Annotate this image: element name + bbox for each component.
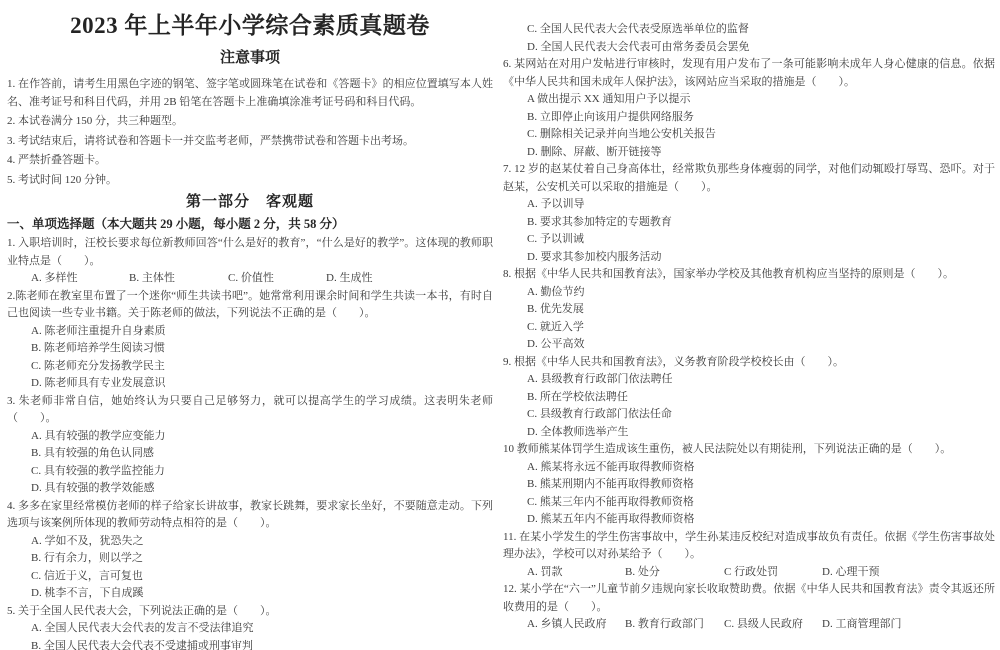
left-column: 2023 年上半年小学综合素质真题卷 注意事项 1. 在作答前，请考生用黑色字迹…: [7, 0, 493, 650]
q10-option-b: B. 熊某刑期内不能再取得教师资格: [527, 476, 995, 494]
q9-option-d: D. 全体教师选举产生: [527, 424, 995, 442]
q11-options: A. 罚款 B. 处分 C 行政处罚 D. 心理干预: [527, 564, 995, 582]
q2-stem: 2.陈老师在教室里布置了一个迷你“师生共读书吧”。她常常利用课余时间和学生共读一…: [7, 288, 493, 323]
q12-option-b: B. 教育行政部门: [625, 616, 724, 634]
q8-option-d: D. 公平高效: [527, 336, 995, 354]
q2-option-c: C. 陈老师充分发扬教学民主: [31, 358, 493, 376]
q3-option-b: B. 具有较强的角色认同感: [31, 445, 493, 463]
q3-option-c: C. 具有较强的教学监控能力: [31, 463, 493, 481]
q4-option-a: A. 学如不及，犹恐失之: [31, 533, 493, 551]
q11-option-d: D. 心理干预: [822, 564, 995, 582]
q11-option-a: A. 罚款: [527, 564, 625, 582]
q10-stem: 10 教师熊某体罚学生造成该生重伤，被人民法院处以有期徒刑，下列说法正确的是（ …: [503, 441, 995, 459]
q6-option-a: A 做出提示 XX 通知用户予以提示: [527, 91, 995, 109]
q5-option-a: A. 全国人民代表大会代表的发言不受法律追究: [31, 620, 493, 638]
q6-stem: 6. 某网站在对用户发帖进行审核时，发现有用户发布了一条可能影响未成年人身心健康…: [503, 56, 995, 91]
notice-item-1: 1. 在作答前，请考生用黑色字迹的钢笔、签字笔或圆珠笔在试卷和《答题卡》的相应位…: [7, 76, 493, 111]
notice-item-5: 5. 考试时间 120 分钟。: [7, 172, 493, 190]
notice-item-2: 2. 本试卷满分 150 分，共三种题型。: [7, 113, 493, 131]
q3-option-d: D. 具有较强的教学效能感: [31, 480, 493, 498]
q9-option-b: B. 所在学校依法聘任: [527, 389, 995, 407]
q4-option-d: D. 桃李不言，下自成蹊: [31, 585, 493, 603]
q5-stem: 5. 关于全国人民代表大会，下列说法正确的是（ ）。: [7, 603, 493, 621]
q7-option-c: C. 予以训诫: [527, 231, 995, 249]
q12-stem: 12. 某小学在“六一”儿童节前夕违规向家长收取赞助费。依据《中华人民共和国教育…: [503, 581, 995, 616]
q4-option-b: B. 行有余力，则以学之: [31, 550, 493, 568]
q1-option-a: A. 多样性: [31, 270, 129, 288]
q3-option-a: A. 具有较强的教学应变能力: [31, 428, 493, 446]
notice-list: 1. 在作答前，请考生用黑色字迹的钢笔、签字笔或圆珠笔在试卷和《答题卡》的相应位…: [7, 76, 493, 189]
q9-stem: 9. 根据《中华人民共和国教育法》，义务教育阶段学校校长由（ ）。: [503, 354, 995, 372]
notice-item-3: 3. 考试结束后，请将试卷和答题卡一并交监考老师，严禁携带试卷和答题卡出考场。: [7, 133, 493, 151]
q1-option-b: B. 主体性: [129, 270, 228, 288]
q7-option-b: B. 要求其参加特定的专题教育: [527, 214, 995, 232]
q11-stem: 11. 在某小学发生的学生伤害事故中，学生孙某违反校纪对造成事故负有责任。依据《…: [503, 529, 995, 564]
q8-option-b: B. 优先发展: [527, 301, 995, 319]
q6-option-d: D. 删除、屏蔽、断开链接等: [527, 144, 995, 162]
q12-option-c: C. 县级人民政府: [724, 616, 822, 634]
q5-option-b: B. 全国人民代表大会代表不受逮捕或刑事审判: [31, 638, 493, 650]
q4-stem: 4. 多多在家里经常模仿老师的样子给家长讲故事，教家长跳舞，要求家长坐好，不要随…: [7, 498, 493, 533]
q5-option-d: D. 全国人民代表大会代表可由常务委员会罢免: [527, 39, 995, 57]
q11-option-b: B. 处分: [625, 564, 724, 582]
q12-option-a: A. 乡镇人民政府: [527, 616, 625, 634]
q11-option-c: C 行政处罚: [724, 564, 822, 582]
q6-option-c: C. 删除相关记录并向当地公安机关报告: [527, 126, 995, 144]
q12-option-d: D. 工商管理部门: [822, 616, 995, 634]
exam-paper-page: 2023 年上半年小学综合素质真题卷 注意事项 1. 在作答前，请考生用黑色字迹…: [0, 0, 1000, 650]
q10-option-d: D. 熊某五年内不能再取得教师资格: [527, 511, 995, 529]
q12-options: A. 乡镇人民政府 B. 教育行政部门 C. 县级人民政府 D. 工商管理部门: [527, 616, 995, 634]
q7-option-a: A. 予以训导: [527, 196, 995, 214]
page-title: 2023 年上半年小学综合素质真题卷: [7, 10, 493, 42]
q2-option-a: A. 陈老师注重提升自身素质: [31, 323, 493, 341]
q3-stem: 3. 朱老师非常自信，她始终认为只要自己足够努力，就可以提高学生的学习成绩。这表…: [7, 393, 493, 428]
q10-option-a: A. 熊某将永远不能再取得教师资格: [527, 459, 995, 477]
q8-stem: 8. 根据《中华人民共和国教育法》，国家举办学校及其他教育机构应当坚持的原则是（…: [503, 266, 995, 284]
q7-option-d: D. 要求其参加校内服务活动: [527, 249, 995, 267]
q1-option-d: D. 生成性: [326, 270, 493, 288]
q1-option-c: C. 价值性: [228, 270, 326, 288]
q7-stem: 7. 12 岁的赵某仗着自己身高体壮，经常欺负那些身体瘦弱的同学，对他们动辄殴打…: [503, 161, 995, 196]
q1-options: A. 多样性 B. 主体性 C. 价值性 D. 生成性: [31, 270, 493, 288]
q6-option-b: B. 立即停止向该用户提供网络服务: [527, 109, 995, 127]
q9-option-a: A. 县级教育行政部门依法聘任: [527, 371, 995, 389]
q4-option-c: C. 信近于义，言可复也: [31, 568, 493, 586]
notice-header: 注意事项: [7, 47, 493, 69]
q10-option-c: C. 熊某三年内不能再取得教师资格: [527, 494, 995, 512]
q9-option-c: C. 县级教育行政部门依法任命: [527, 406, 995, 424]
section-header: 一、单项选择题（本大题共 29 小题，每小题 2 分，共 58 分）: [7, 215, 493, 234]
q8-option-c: C. 就近入学: [527, 319, 995, 337]
right-column: C. 全国人民代表大会代表受原选举单位的监督 D. 全国人民代表大会代表可由常务…: [503, 0, 995, 634]
q2-option-d: D. 陈老师具有专业发展意识: [31, 375, 493, 393]
q1-stem: 1. 入职培训时，汪校长要求每位新教师回答“什么是好的教育”，“什么是好的教学”…: [7, 235, 493, 270]
q2-option-b: B. 陈老师培养学生阅读习惯: [31, 340, 493, 358]
notice-item-4: 4. 严禁折叠答题卡。: [7, 152, 493, 170]
part-header: 第一部分 客观题: [7, 191, 493, 213]
q8-option-a: A. 勤俭节约: [527, 284, 995, 302]
q5-option-c: C. 全国人民代表大会代表受原选举单位的监督: [527, 21, 995, 39]
